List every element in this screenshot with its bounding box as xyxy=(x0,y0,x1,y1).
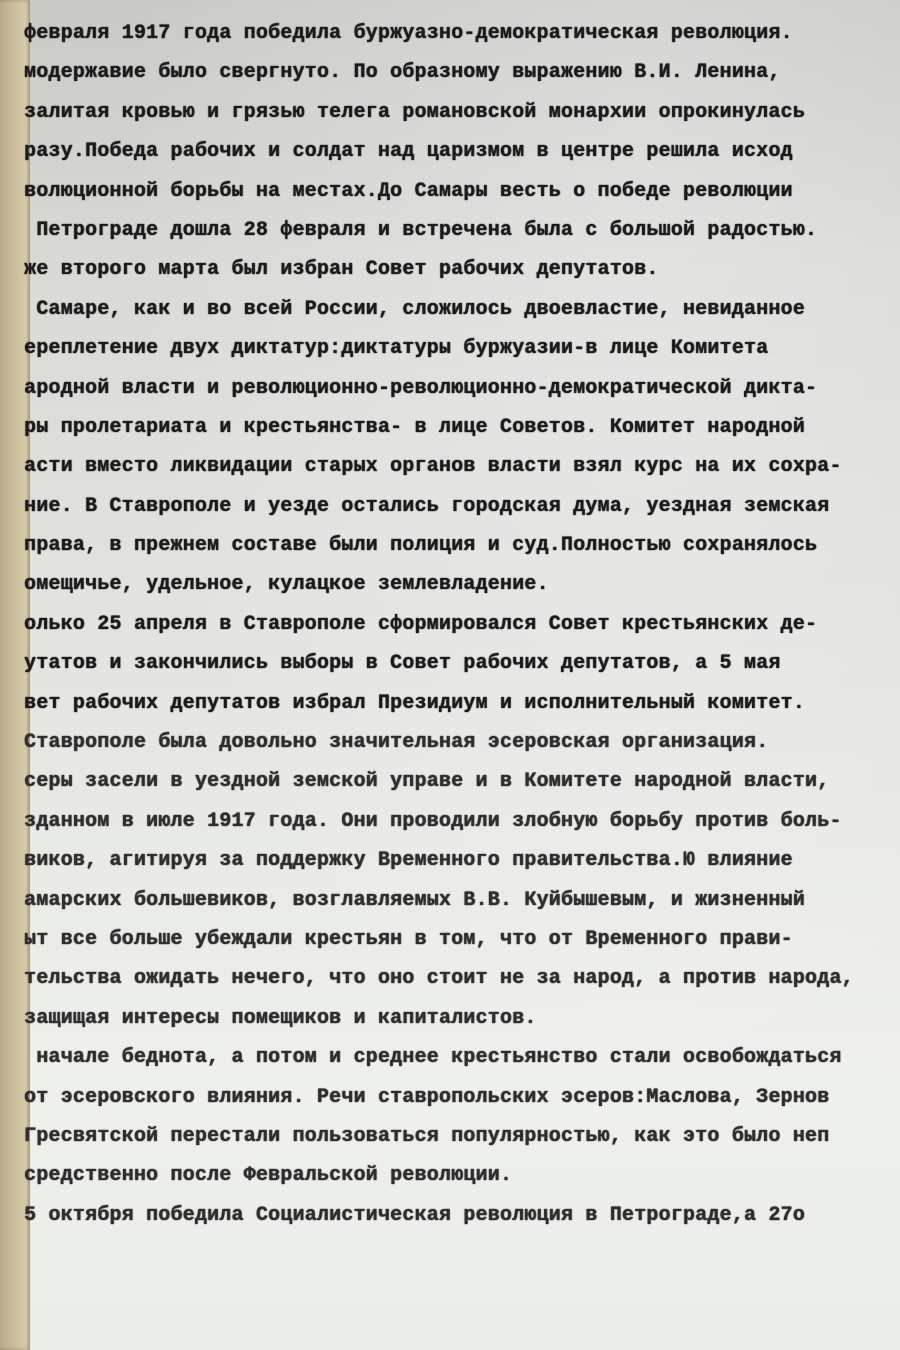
text-line: защищая интересы помещиков и капиталисто… xyxy=(24,999,900,1038)
text-line: от эсеровского влияния. Речи ставропольс… xyxy=(24,1078,900,1117)
text-line: Ставрополе была довольно значительная эс… xyxy=(24,723,900,762)
text-line: амарских большевиков, возглавляемых В.В.… xyxy=(24,881,900,920)
text-line: начале беднота, а потом и среднее кресть… xyxy=(24,1038,900,1077)
text-line: модержавие было свергнуто. По образному … xyxy=(24,53,900,92)
text-line: ародной власти и революционно-революцион… xyxy=(24,369,900,408)
text-line: вет рабочих депутатов избрал Президиум и… xyxy=(24,684,900,723)
text-line: ры пролетариата и крестьянства- в лице С… xyxy=(24,408,900,447)
text-line: тельства ожидать нечего, что оно стоит н… xyxy=(24,959,900,998)
text-line: ереплетение двух диктатур:диктатуры бурж… xyxy=(24,329,900,368)
text-line: серы засели в уездной земской управе и в… xyxy=(24,762,900,801)
text-line: виков, агитируя за поддержку Временного … xyxy=(24,841,900,880)
text-line: ыт все больше убеждали крестьян в том, ч… xyxy=(24,920,900,959)
text-line: февраля 1917 года победила буржуазно-дем… xyxy=(24,14,900,53)
text-line: залитая кровью и грязью телега романовск… xyxy=(24,93,900,132)
text-line: волюционной борьбы на местах.До Самары в… xyxy=(24,172,900,211)
text-line: Самаре, как и во всей России, сложилось … xyxy=(24,290,900,329)
text-line: Петрограде дошла 28 февраля и встречена … xyxy=(24,211,900,250)
text-line: средственно после Февральской революции. xyxy=(24,1156,900,1195)
text-line: ние. В Ставрополе и уезде остались город… xyxy=(24,487,900,526)
document-body: февраля 1917 года победила буржуазно-дем… xyxy=(24,14,900,1235)
text-line: зданном в июле 1917 года. Они проводили … xyxy=(24,802,900,841)
text-line: асти вместо ликвидации старых органов вл… xyxy=(24,447,900,486)
text-line: же второго марта был избран Совет рабочи… xyxy=(24,250,900,289)
text-line: права, в прежнем составе были полиция и … xyxy=(24,526,900,565)
text-line: олько 25 апреля в Ставрополе сформировал… xyxy=(24,605,900,644)
typewritten-page: февраля 1917 года победила буржуазно-дем… xyxy=(30,0,900,1350)
text-line: омещичье, удельное, кулацкое землевладен… xyxy=(24,565,900,604)
text-line: разу.Победа рабочих и солдат над царизмо… xyxy=(24,132,900,171)
text-line: утатов и закончились выборы в Совет рабо… xyxy=(24,644,900,683)
text-line: 5 октября победила Социалистическая рево… xyxy=(24,1196,900,1235)
text-line: Гресвятской перестали пользоваться попул… xyxy=(24,1117,900,1156)
